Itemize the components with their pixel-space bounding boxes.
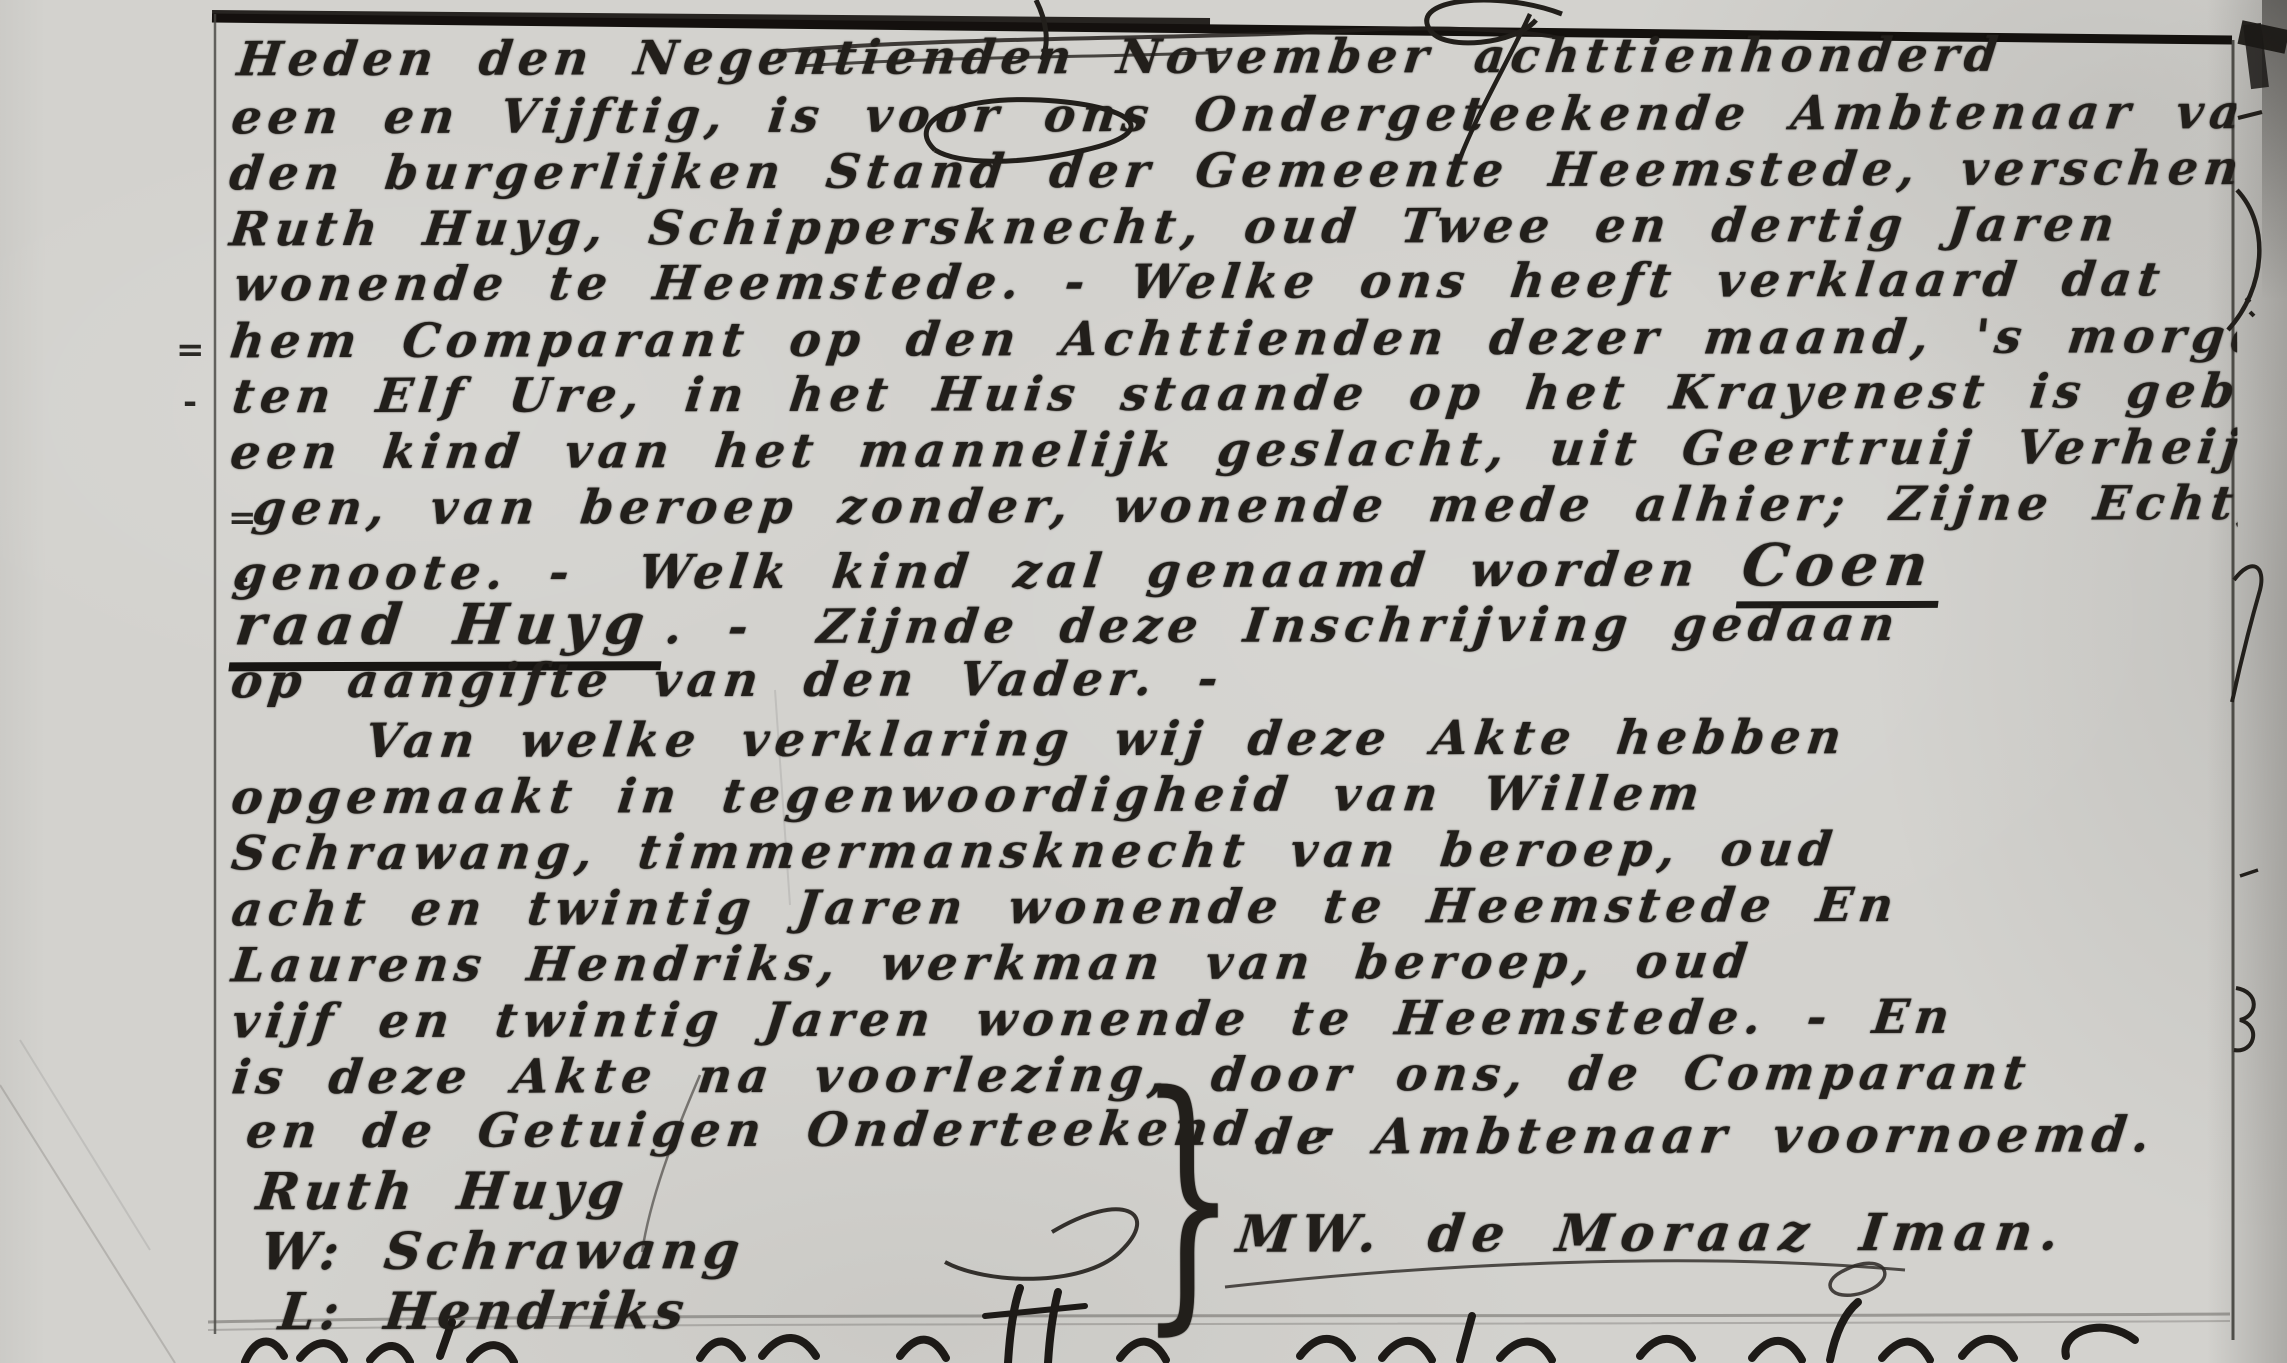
act-line-2: een en Vijftig, is voor ons Ondergeteeke… xyxy=(229,85,2240,145)
act-line-16: acht en twintig Jaren wonende te Heemste… xyxy=(229,878,1903,937)
official-caption: de Ambtenaar voornoemd. xyxy=(1253,1105,2159,1165)
act-line-8: een kind van het mannelijk geslacht, uit… xyxy=(227,420,2239,480)
act-line-1: Heden den Negentienden November achttien… xyxy=(234,28,2006,88)
act-line-11: raad Huyg. -Zijnde deze Inschrijving ged… xyxy=(230,588,1905,658)
signature-official: MW. de Moraaz Iman. xyxy=(1234,1203,2070,1265)
act-line-13: Van welke verklaring wij deze Akte hebbe… xyxy=(362,710,1850,769)
act-line-7: ten Elf Ure, in het Huis staande op het … xyxy=(229,364,2239,425)
act-text-block: Heden den Negentienden November achttien… xyxy=(0,0,2240,1363)
closing-brace: } xyxy=(1138,1037,1237,1359)
act-line-6: hem Comparant op den Achttienden dezer m… xyxy=(227,309,2240,370)
act-line-3: den burgerlijken Stand der Gemeente Heem… xyxy=(227,141,2240,201)
act-line-12: op aangifte van den Vader. - xyxy=(228,652,1227,710)
act-line-9: gen, van beroep zonder, wonende mede alh… xyxy=(250,476,2240,536)
act-line-18: vijf en twintig Jaren wonende te Heemste… xyxy=(229,990,1958,1050)
act-line-5: wonende te Heemstede. - Welke ons heeft … xyxy=(231,252,2169,312)
act-line-17: Laurens Hendriks, werkman van beroep, ou… xyxy=(229,934,1756,993)
naming-rest: Zijnde deze Inschrijving gedaan xyxy=(814,597,1903,655)
act-line-15: Schrawang, timmermansknecht van beroep, … xyxy=(229,822,1841,881)
signature-comparant: Ruth Huyg xyxy=(253,1161,632,1222)
signature-witness-2: L: Hendriks xyxy=(276,1281,692,1342)
act-line-19: is deze Akte na voorlezing, door ons, de… xyxy=(229,1046,2034,1106)
act-line-4: Ruth Huyg, Schippersknecht, oud Twee en … xyxy=(227,197,2123,257)
signature-witness-1: W: Schrawang xyxy=(258,1221,748,1282)
act-line-14: opgemaakt in tegenwoordigheid van Willem xyxy=(228,766,1708,825)
page-right-edge-shadow xyxy=(2262,0,2287,300)
naming-punct: . - xyxy=(662,600,757,655)
